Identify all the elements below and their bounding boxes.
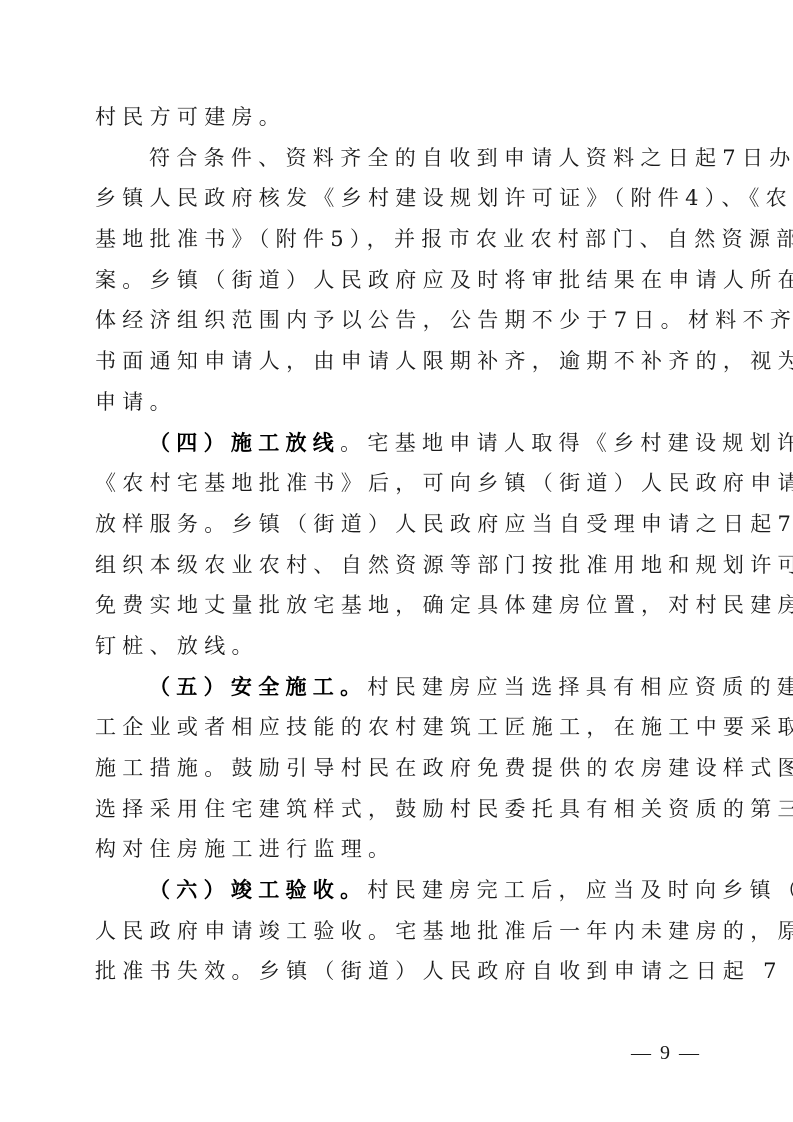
section-heading-5: （五）安全施工。 [149, 674, 367, 699]
body-text: 村民方可建房。 符合条件、资料齐全的自收到申请人资料之日起7日办结，由 乡镇人民… [95, 97, 698, 992]
line-text: 村民方可建房。 [95, 105, 286, 129]
line-text: 组织本级农业农村、自然资源等部门按批准用地和规划许可进行 [95, 553, 793, 577]
text-line-17: 施工措施。鼓励引导村民在政府免费提供的农房建设样式图集中 [95, 748, 698, 789]
text-line-12: 组织本级农业农村、自然资源等部门按批准用地和规划许可进行 [95, 545, 698, 586]
line-text: 村民建房完工后，应当及时向乡镇（街道） [367, 878, 793, 902]
line-text: 基地批准书》（附件5），并报市农业农村部门、自然资源部门备 [95, 227, 793, 251]
text-line-18: 选择采用住宅建筑样式，鼓励村民委托具有相关资质的第三方机 [95, 789, 698, 830]
line-text: 申请。 [95, 390, 177, 414]
text-line-3: 乡镇人民政府核发《乡村建设规划许可证》（附件4）、《农村宅 [95, 178, 698, 219]
paragraph-approval-start: 符合条件、资料齐全的自收到申请人资料之日起7日办结，由 [95, 138, 698, 179]
document-page: 村民方可建房。 符合条件、资料齐全的自收到申请人资料之日起7日办结，由 乡镇人民… [0, 0, 793, 1122]
line-text: 乡镇人民政府核发《乡村建设规划许可证》（附件4）、《农村宅 [95, 186, 793, 210]
text-line-22: 批准书失效。乡镇（街道）人民政府自收到申请之日起 7 日内， [95, 951, 698, 992]
section-5-safe-construction: （五）安全施工。村民建房应当选择具有相应资质的建筑施 [95, 667, 698, 708]
line-text: 免费实地丈量批放宅基地，确定具体建房位置，对村民建房现场 [95, 593, 793, 617]
text-line-5: 案。乡镇（街道）人民政府应及时将审批结果在申请人所在村集 [95, 260, 698, 301]
text-line-21: 人民政府申请竣工验收。宅基地批准后一年内未建房的，原用地 [95, 911, 698, 952]
line-text: 村民建房应当选择具有相应资质的建筑施 [367, 675, 793, 699]
line-text: 批准书失效。乡镇（街道）人民政府自收到申请之日起 7 日内， [95, 959, 793, 983]
section-4-construction-layout: （四）施工放线。宅基地申请人取得《乡村建设规划许可证》 [95, 423, 698, 464]
page-number: — 9 — [630, 1040, 702, 1066]
text-line-19: 构对住房施工进行监理。 [95, 829, 698, 870]
text-line-7: 书面通知申请人，由申请人限期补齐，逾期不补齐的，视为撤回 [95, 341, 698, 382]
section-heading-4: （四）施工放线 [149, 430, 340, 455]
text-line-16: 工企业或者相应技能的农村建筑工匠施工，在施工中要采取安全 [95, 707, 698, 748]
line-text: 构对住房施工进行监理。 [95, 837, 395, 861]
text-line-1: 村民方可建房。 [95, 97, 698, 138]
text-line-8: 申请。 [95, 382, 698, 423]
section-6-completion-acceptance: （六）竣工验收。村民建房完工后，应当及时向乡镇（街道） [95, 870, 698, 911]
line-text: 《农村宅基地批准书》后，可向乡镇（街道）人民政府申请免费 [95, 471, 793, 495]
line-text: 钉桩、放线。 [95, 634, 259, 658]
line-text: 工企业或者相应技能的农村建筑工匠施工，在施工中要采取安全 [95, 715, 793, 739]
text-line-13: 免费实地丈量批放宅基地，确定具体建房位置，对村民建房现场 [95, 585, 698, 626]
line-text: 书面通知申请人，由申请人限期补齐，逾期不补齐的，视为撤回 [95, 349, 793, 373]
line-text: 。宅基地申请人取得《乡村建设规划许可证》 [340, 431, 793, 455]
line-text: 放样服务。乡镇（街道）人民政府应当自受理申请之日起7日内， [95, 512, 793, 536]
line-text: 人民政府申请竣工验收。宅基地批准后一年内未建房的，原用地 [95, 919, 793, 943]
line-text: 施工措施。鼓励引导村民在政府免费提供的农房建设样式图集中 [95, 756, 793, 780]
line-text: 符合条件、资料齐全的自收到申请人资料之日起7日办结，由 [149, 146, 793, 170]
line-text: 体经济组织范围内予以公告，公告期不少于7日。材料不齐全的， [95, 308, 793, 332]
text-line-10: 《农村宅基地批准书》后，可向乡镇（街道）人民政府申请免费 [95, 463, 698, 504]
text-line-4: 基地批准书》（附件5），并报市农业农村部门、自然资源部门备 [95, 219, 698, 260]
line-text: 选择采用住宅建筑样式，鼓励村民委托具有相关资质的第三方机 [95, 797, 793, 821]
text-line-11: 放样服务。乡镇（街道）人民政府应当自受理申请之日起7日内， [95, 504, 698, 545]
section-heading-6: （六）竣工验收。 [149, 877, 367, 902]
text-line-14: 钉桩、放线。 [95, 626, 698, 667]
text-line-6: 体经济组织范围内予以公告，公告期不少于7日。材料不齐全的， [95, 300, 698, 341]
line-text: 案。乡镇（街道）人民政府应及时将审批结果在申请人所在村集 [95, 268, 793, 292]
